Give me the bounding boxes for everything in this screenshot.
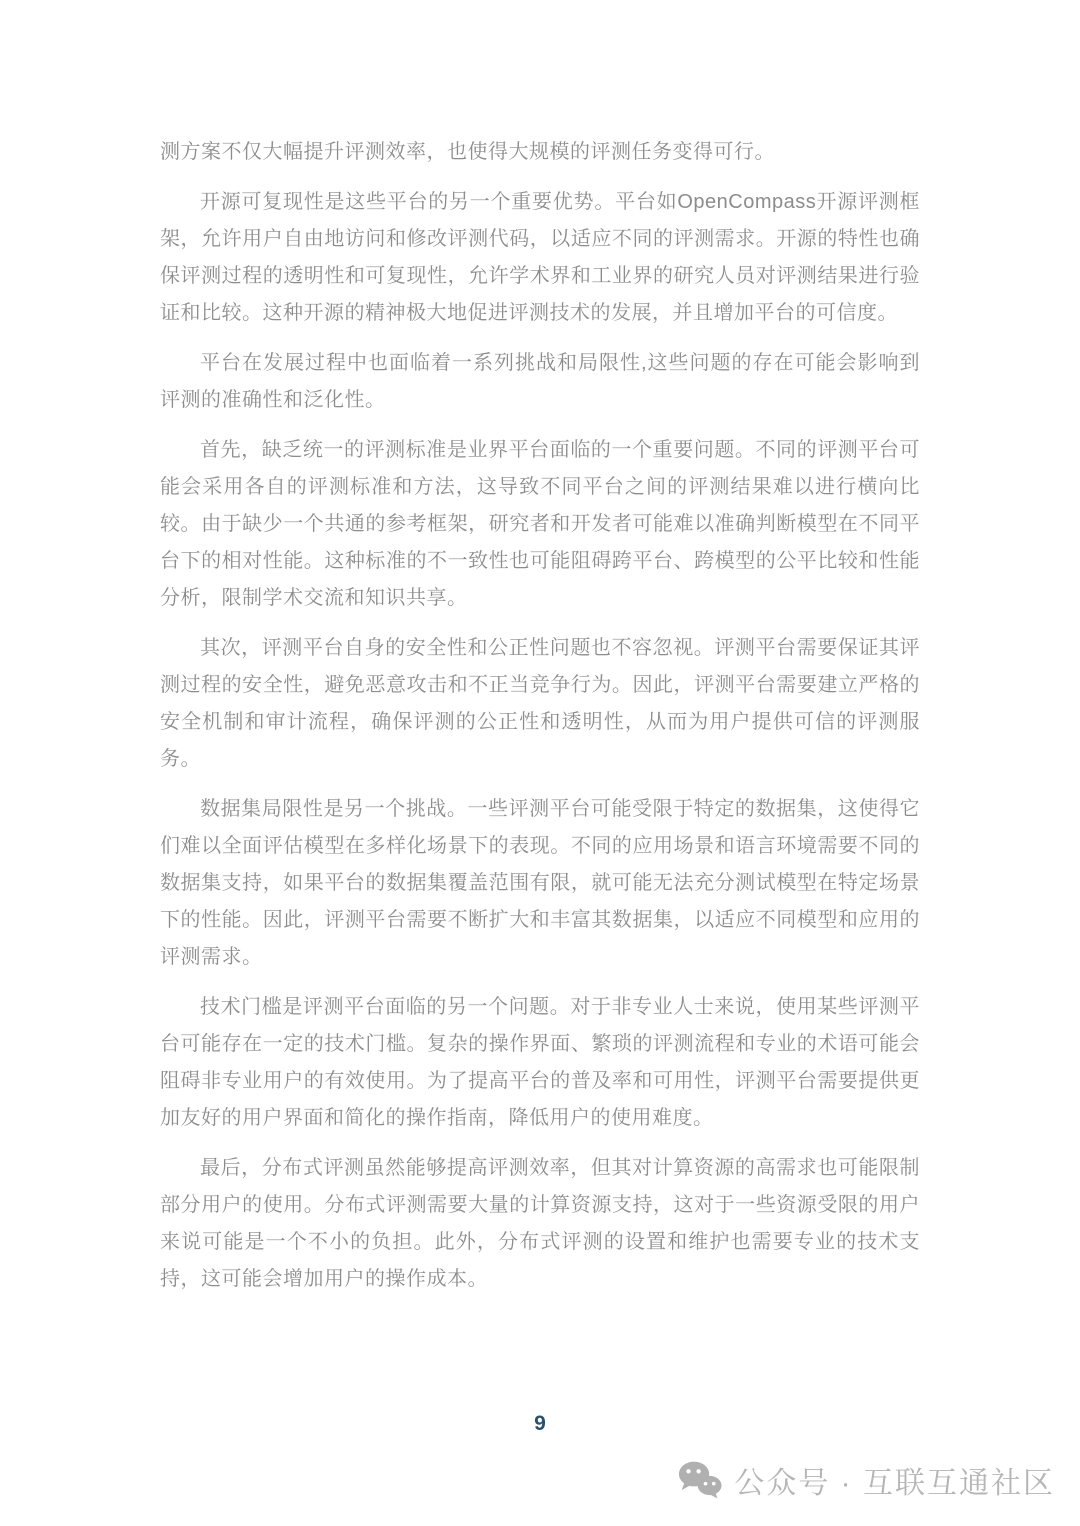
- watermark: 公众号 · 互联互通社区: [678, 1458, 1055, 1502]
- paragraph: 其次，评测平台自身的安全性和公正性问题也不容忽视。评测平台需要保证其评测过程的安…: [160, 630, 920, 778]
- paragraph: 数据集局限性是另一个挑战。一些评测平台可能受限于特定的数据集，这使得它们难以全面…: [160, 791, 920, 976]
- paragraph: 平台在发展过程中也面临着一系列挑战和局限性,这些问题的存在可能会影响到评测的准确…: [160, 345, 920, 419]
- document-body: 测方案不仅大幅提升评测效率，也使得大规模的评测任务变得可行。开源可复现性是这些平…: [160, 134, 920, 1311]
- paragraph: 技术门槛是评测平台面临的另一个问题。对于非专业人士来说，使用某些评测平台可能存在…: [160, 989, 920, 1137]
- watermark-label: 公众号 · 互联互通社区: [734, 1458, 1055, 1502]
- wechat-icon: [678, 1460, 722, 1500]
- paragraph: 测方案不仅大幅提升评测效率，也使得大规模的评测任务变得可行。: [160, 134, 920, 171]
- paragraph: 首先，缺乏统一的评测标准是业界平台面临的一个重要问题。不同的评测平台可能会采用各…: [160, 432, 920, 617]
- paragraph: 最后，分布式评测虽然能够提高评测效率，但其对计算资源的高需求也可能限制部分用户的…: [160, 1150, 920, 1298]
- page-number: 9: [0, 1412, 1080, 1436]
- document-page: 测方案不仅大幅提升评测效率，也使得大规模的评测任务变得可行。开源可复现性是这些平…: [0, 0, 1080, 1526]
- paragraph: 开源可复现性是这些平台的另一个重要优势。平台如OpenCompass开源评测框架…: [160, 184, 920, 332]
